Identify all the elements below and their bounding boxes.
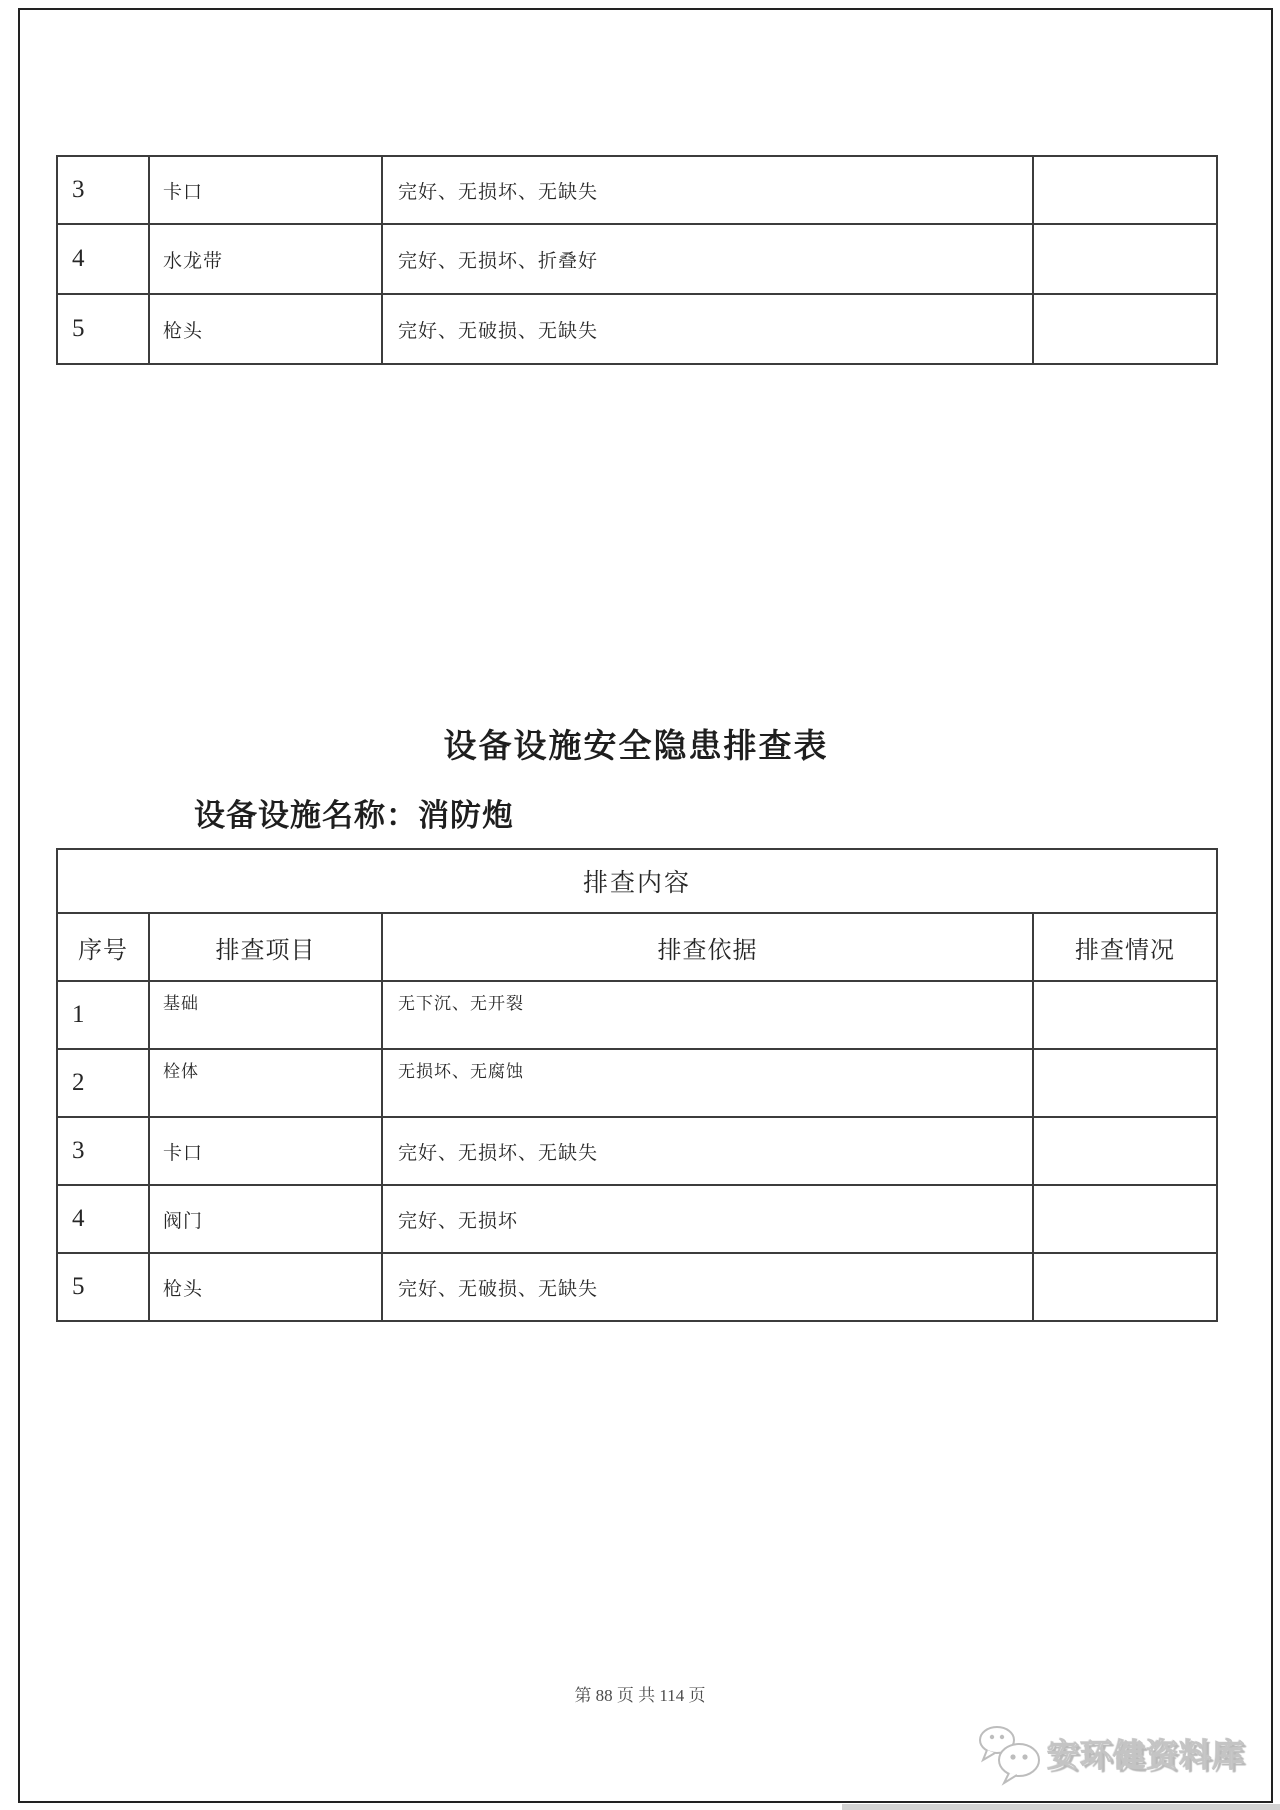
- row-item: 阀门: [149, 1185, 382, 1253]
- row-no: 1: [57, 981, 149, 1049]
- row-basis: 完好、无损坏: [382, 1185, 1033, 1253]
- status-cell: [1033, 1117, 1217, 1185]
- table-row: 3 卡口 完好、无损坏、无缺失: [57, 1117, 1217, 1185]
- page-title: 设备设施安全隐患排查表: [56, 720, 1216, 767]
- equipment-name: 设备设施名称：消防炮: [194, 790, 514, 835]
- table-row: 2 栓体 无损坏、无腐蚀: [57, 1049, 1217, 1117]
- row-item: 基础: [149, 981, 382, 1049]
- watermark: 安环健资料库: [975, 1718, 1275, 1788]
- row-basis: 无损坏、无腐蚀: [382, 1049, 1033, 1117]
- status-cell: [1033, 1253, 1217, 1321]
- header-basis: 排查依据: [382, 913, 1033, 981]
- row-no: 4: [57, 1185, 149, 1253]
- table-row: 1 基础 无下沉、无开裂: [57, 981, 1217, 1049]
- row-item: 卡口: [149, 1117, 382, 1185]
- row-item: 水龙带: [149, 224, 382, 294]
- row-basis: 完好、无损坏、无缺失: [382, 156, 1033, 224]
- page-number: 第 88 页 共 114 页: [0, 1681, 1280, 1706]
- status-cell: [1033, 294, 1217, 364]
- header-item: 排查项目: [149, 913, 382, 981]
- table-row: 5 枪头 完好、无破损、无缺失: [57, 1253, 1217, 1321]
- status-cell: [1033, 981, 1217, 1049]
- row-item: 枪头: [149, 1253, 382, 1321]
- row-item: 卡口: [149, 156, 382, 224]
- row-basis: 完好、无破损、无缺失: [382, 1253, 1033, 1321]
- row-item: 栓体: [149, 1049, 382, 1117]
- header-row: 序号 排查项目 排查依据 排查情况: [57, 913, 1217, 981]
- status-cell: [1033, 156, 1217, 224]
- inspection-table: 排查内容 序号 排查项目 排查依据 排查情况 1 基础 无下沉、无开裂 2 栓体…: [56, 848, 1218, 1322]
- row-no: 5: [57, 1253, 149, 1321]
- row-basis: 完好、无损坏、折叠好: [382, 224, 1033, 294]
- banner-row: 排查内容: [57, 849, 1217, 913]
- watermark-text: 安环健资料库: [1047, 1730, 1245, 1776]
- table-row: 5 枪头 完好、无破损、无缺失: [57, 294, 1217, 364]
- header-status: 排查情况: [1033, 913, 1217, 981]
- row-no: 3: [57, 1117, 149, 1185]
- row-basis: 完好、无损坏、无缺失: [382, 1117, 1033, 1185]
- status-cell: [1033, 1049, 1217, 1117]
- table-row: 4 水龙带 完好、无损坏、折叠好: [57, 224, 1217, 294]
- chat-bubbles-icon: [975, 1724, 1045, 1786]
- row-basis: 无下沉、无开裂: [382, 981, 1033, 1049]
- status-cell: [1033, 1185, 1217, 1253]
- row-no: 4: [57, 224, 149, 294]
- row-no: 3: [57, 156, 149, 224]
- row-basis: 完好、无破损、无缺失: [382, 294, 1033, 364]
- table-row: 4 阀门 完好、无损坏: [57, 1185, 1217, 1253]
- top-continuation-table: 3 卡口 完好、无损坏、无缺失 4 水龙带 完好、无损坏、折叠好 5 枪头 完好…: [56, 155, 1218, 365]
- row-item: 枪头: [149, 294, 382, 364]
- status-cell: [1033, 224, 1217, 294]
- table-row: 3 卡口 完好、无损坏、无缺失: [57, 156, 1217, 224]
- row-no: 5: [57, 294, 149, 364]
- row-no: 2: [57, 1049, 149, 1117]
- bottom-edge-strip: [842, 1804, 1280, 1810]
- header-no: 序号: [57, 913, 149, 981]
- banner-label: 排查内容: [57, 849, 1217, 913]
